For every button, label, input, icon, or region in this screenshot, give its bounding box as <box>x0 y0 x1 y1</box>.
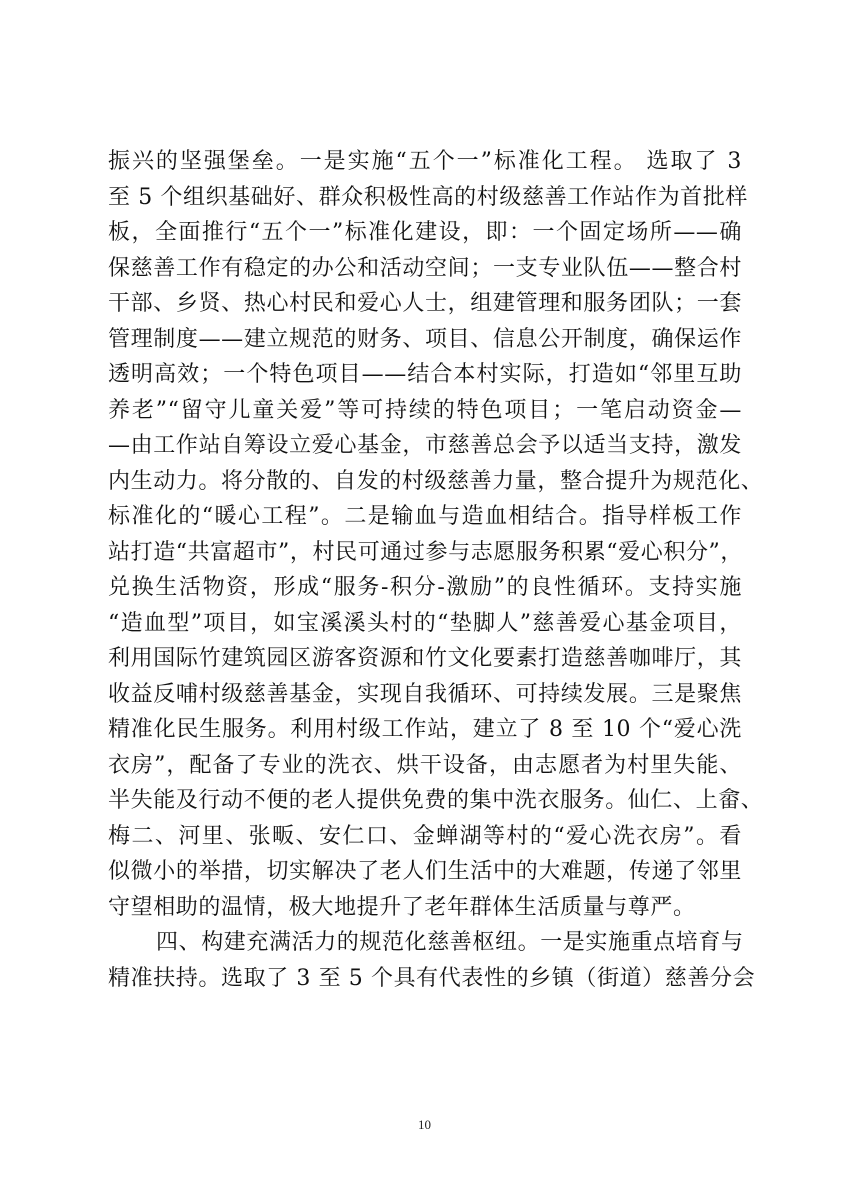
text-line: 振兴的坚强堡垒。一是实施“五个一”标准化工程。 选取了 3 <box>108 144 742 180</box>
text-line: “造血型”项目，如宝溪溪头村的“垫脚人”慈善爱心基金项目， <box>108 606 742 642</box>
body-text: 振兴的坚强堡垒。一是实施“五个一”标准化工程。 选取了 3 至 5 个组织基础好… <box>108 144 742 996</box>
page-number: 10 <box>0 1117 849 1133</box>
text-line: 利用国际竹建筑园区游客资源和竹文化要素打造慈善咖啡厅，其 <box>108 641 742 677</box>
text-line: 精准扶持。选取了 3 至 5 个具有代表性的乡镇（街道）慈善分会 <box>108 961 742 997</box>
text-line: 精准化民生服务。利用村级工作站，建立了 8 至 10 个“爱心洗 <box>108 712 742 748</box>
text-line: 衣房”，配备了专业的洗衣、烘干设备，由志愿者为村里失能、 <box>108 748 742 784</box>
text-line: 似微小的举措，切实解决了老人们生活中的大难题，传递了邻里 <box>108 854 742 890</box>
text-line: —由工作站自筹设立爱心基金，市慈善总会予以适当支持，激发 <box>108 428 742 464</box>
text-line: 兑换生活物资，形成“服务-积分-激励”的良性循环。支持实施 <box>108 570 742 606</box>
text-line: 梅二、河里、张畈、安仁口、金蝉湖等村的“爱心洗衣房”。看 <box>108 819 742 855</box>
section-heading-line: 四、构建充满活力的规范化慈善枢纽。一是实施重点培育与 <box>108 925 742 961</box>
text-line: 管理制度——建立规范的财务、项目、信息公开制度，确保运作 <box>108 322 742 358</box>
text-line: 标准化的“暖心工程”。二是输血与造血相结合。指导样板工作 <box>108 499 742 535</box>
text-line: 保慈善工作有稳定的办公和活动空间；一支专业队伍——整合村 <box>108 251 742 287</box>
text-line: 透明高效；一个特色项目——结合本村实际，打造如“邻里互助 <box>108 357 742 393</box>
document-page: 振兴的坚强堡垒。一是实施“五个一”标准化工程。 选取了 3 至 5 个组织基础好… <box>0 0 849 1200</box>
text-line: 板，全面推行“五个一”标准化建设，即：一个固定场所——确 <box>108 215 742 251</box>
text-line: 半失能及行动不便的老人提供免费的集中洗衣服务。仙仁、上畲、 <box>108 783 742 819</box>
text-line: 收益反哺村级慈善基金，实现自我循环、可持续发展。三是聚焦 <box>108 677 742 713</box>
text-line: 内生动力。将分散的、自发的村级慈善力量，整合提升为规范化、 <box>108 464 742 500</box>
text-line: 干部、乡贤、热心村民和爱心人士，组建管理和服务团队；一套 <box>108 286 742 322</box>
paragraph-end-line: 守望相助的温情，极大地提升了老年群体生活质量与尊严。 <box>108 890 742 926</box>
text-line: 站打造“共富超市”，村民可通过参与志愿服务积累“爱心积分”， <box>108 535 742 571</box>
text-line: 养老”“留守儿童关爱”等可持续的特色项目；一笔启动资金— <box>108 393 742 429</box>
text-line: 至 5 个组织基础好、群众积极性高的村级慈善工作站作为首批样 <box>108 180 742 216</box>
